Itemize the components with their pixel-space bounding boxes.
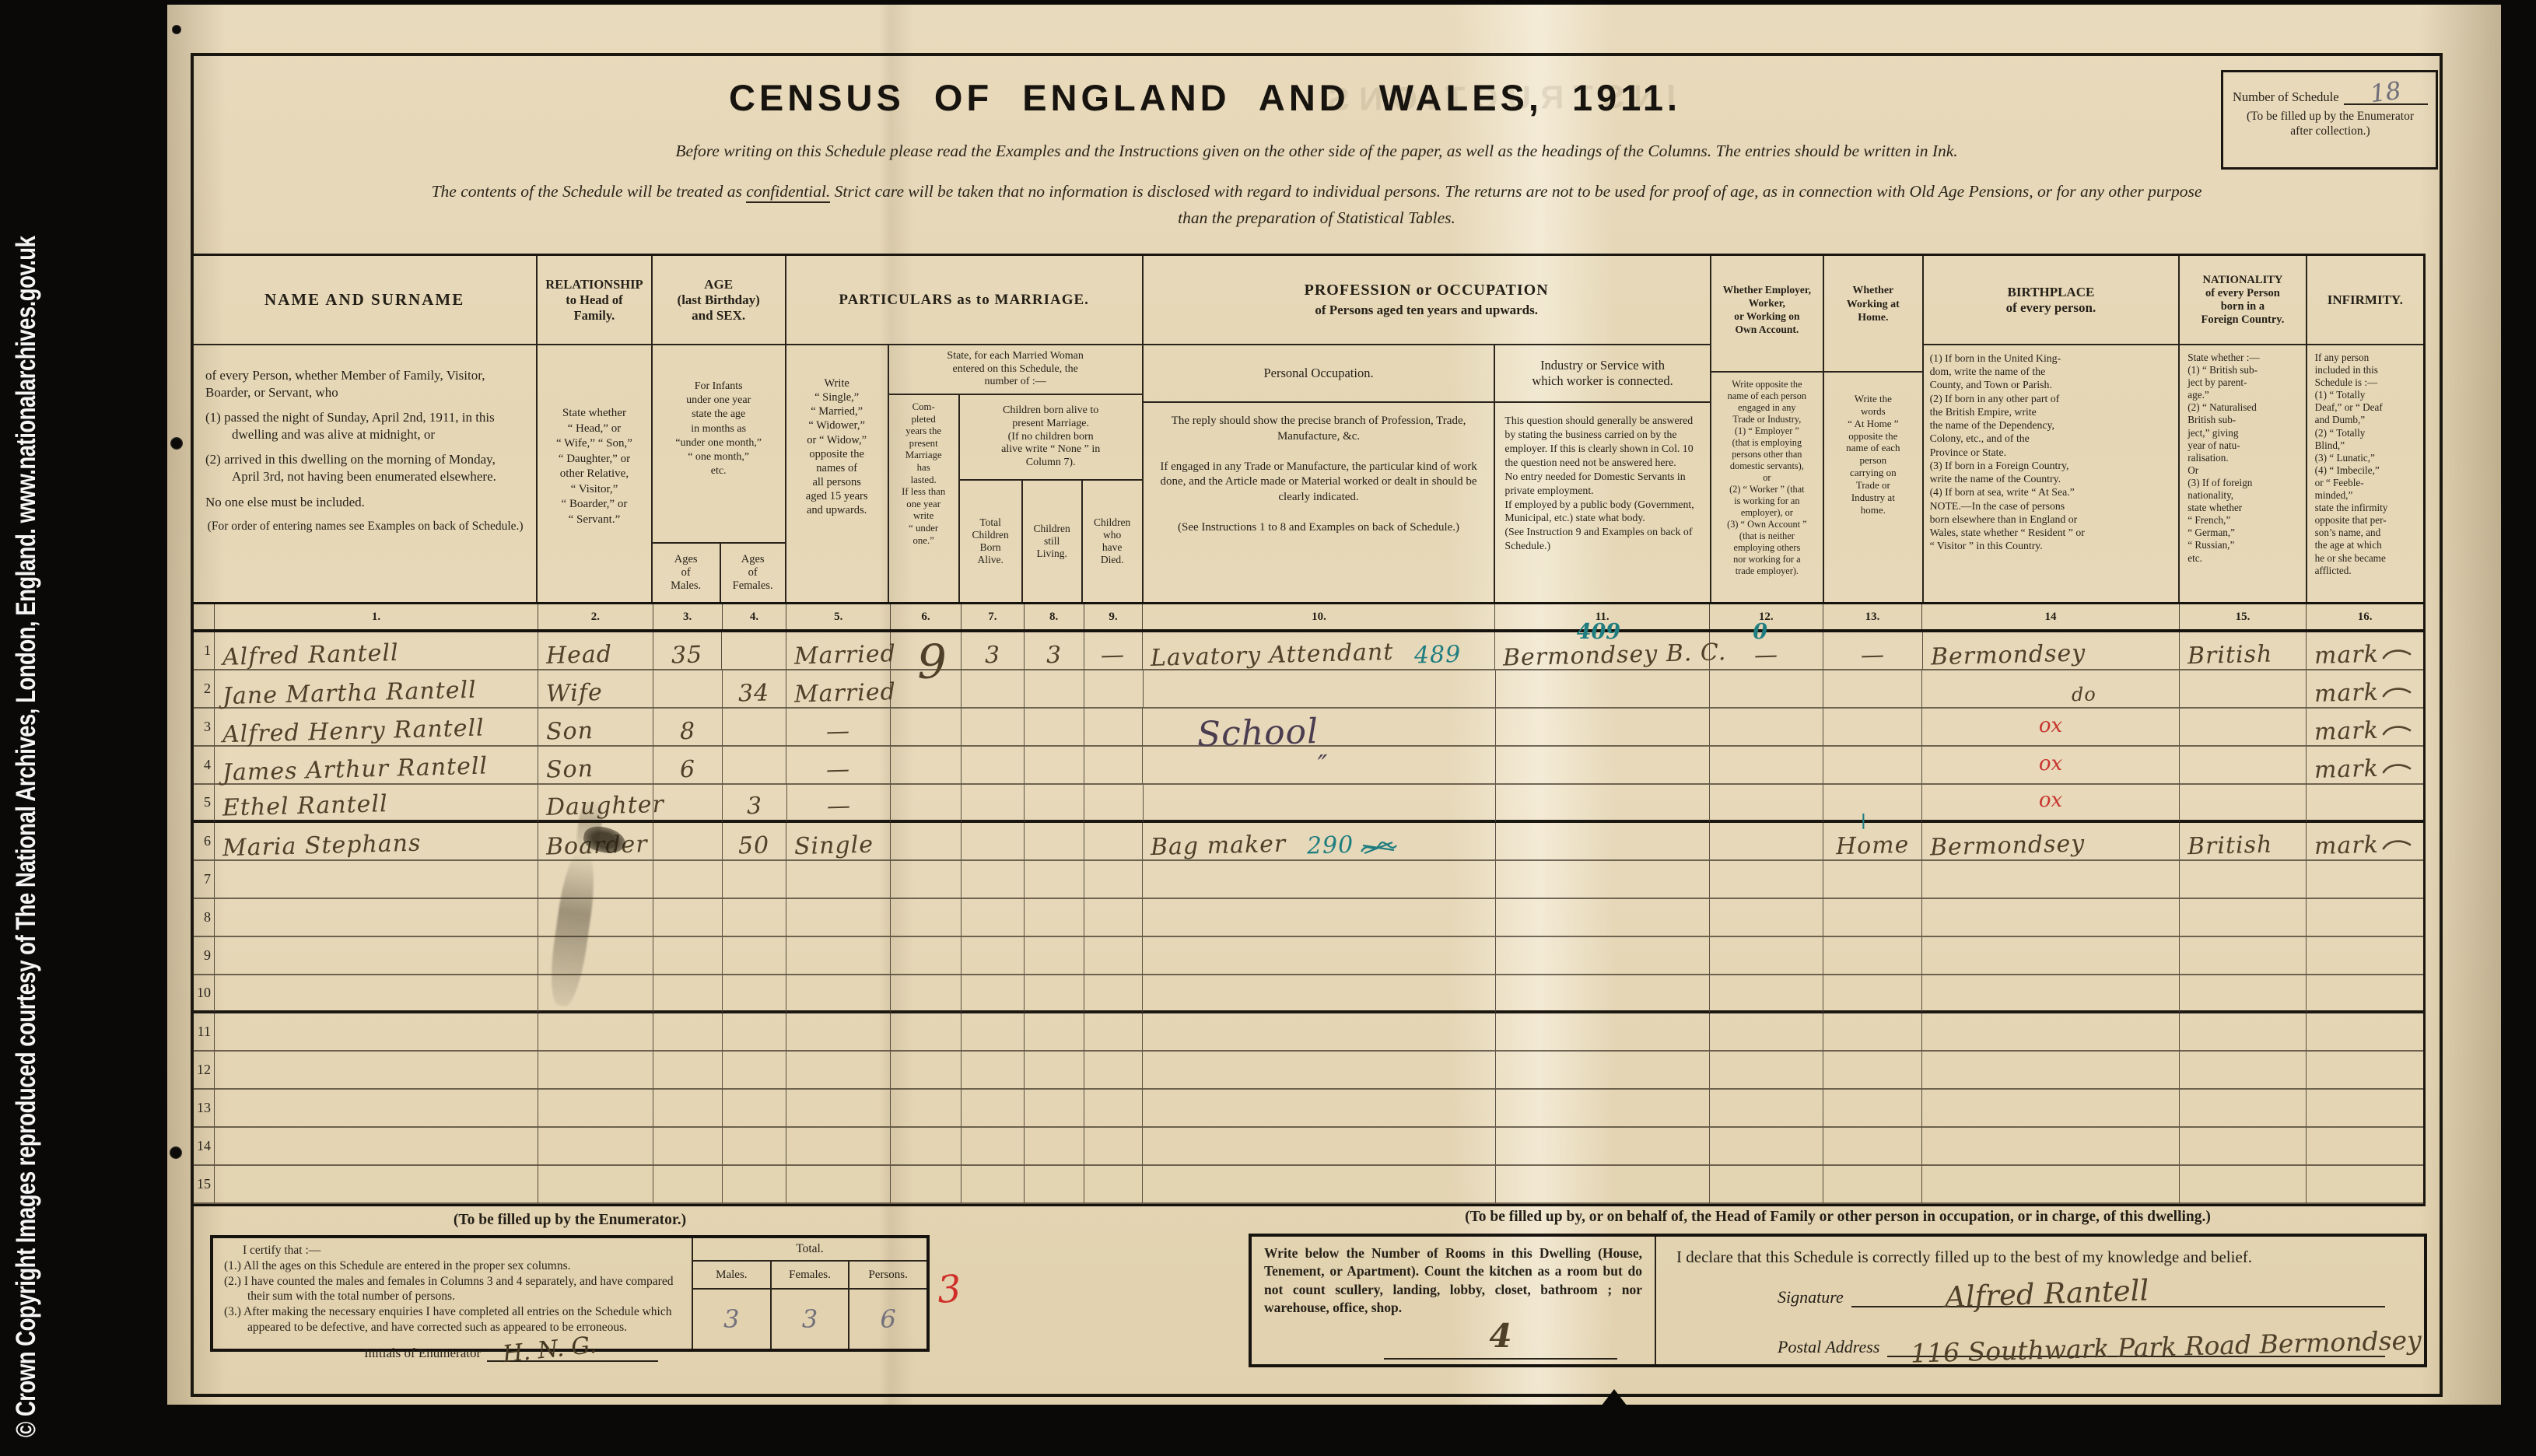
row-4-ind-cell xyxy=(1496,747,1710,785)
rooms-instruction: Write below the Number of Rooms in this … xyxy=(1252,1237,1656,1364)
row-5-occ-cell xyxy=(1144,785,1496,823)
row-1-n-cell: 1 xyxy=(193,632,215,670)
certify-item: (3.) After making the necessary enquirie… xyxy=(224,1304,684,1335)
row-11-ind-cell xyxy=(1496,1013,1710,1052)
row-4-living-cell xyxy=(1025,747,1084,785)
row-15-cond-cell xyxy=(786,1166,891,1204)
row-13-rel-cell xyxy=(538,1090,653,1128)
row-14-cond-cell xyxy=(786,1128,891,1166)
row-10-birth-cell xyxy=(1922,975,2179,1013)
column-number-5: 5. xyxy=(786,604,891,629)
row-4-years-cell xyxy=(891,747,962,785)
row-13-years-cell xyxy=(891,1090,962,1128)
table-row-9: 9 xyxy=(193,937,2423,975)
row-5-birth-cell: ox xyxy=(1922,785,2179,823)
row-15-rel-cell xyxy=(538,1166,653,1204)
row-12-name-cell xyxy=(215,1052,538,1090)
name-desc: of every Person, whether Member of Famil… xyxy=(193,345,536,602)
punch-hole xyxy=(170,437,183,450)
census-table: NAME AND SURNAME of every Person, whethe… xyxy=(191,254,2426,1206)
row-9-home-cell xyxy=(1823,937,1923,975)
row-11-emp-cell xyxy=(1710,1013,1823,1052)
row-14-years-cell xyxy=(891,1128,962,1166)
row-13-n-cell: 13 xyxy=(193,1090,215,1128)
row-12-occ-cell xyxy=(1143,1052,1495,1090)
row-6-cond-cell: Single xyxy=(786,823,891,861)
ink-hook-mark xyxy=(2381,838,2412,852)
row-4-age_m-cell: 6 xyxy=(653,747,723,785)
row-11-died-cell xyxy=(1084,1013,1144,1052)
row-4-born-cell xyxy=(962,747,1025,785)
col-infirmity-header: INFIRMITY. If any person included in thi… xyxy=(2307,256,2423,602)
red-pencil-mark: 3 xyxy=(936,1267,962,1312)
ink-hook-mark xyxy=(2381,761,2412,775)
row-7-nat-cell xyxy=(2180,861,2307,899)
row-5-cond-cell: — xyxy=(787,785,891,823)
row-11-home-cell xyxy=(1823,1013,1923,1052)
row-7-n-cell: 7 xyxy=(193,861,215,899)
row-1-cond-cell: Married xyxy=(786,632,891,670)
row-6-home-cell: Home| xyxy=(1823,823,1923,861)
row-9-age_m-cell xyxy=(653,937,723,975)
schedule-number-label: Number of Schedule xyxy=(2233,89,2339,105)
males-label: Males. xyxy=(693,1262,772,1288)
row-3-ind-cell xyxy=(1496,709,1710,747)
row-3-born-cell xyxy=(962,709,1025,747)
postal-address-rule: 116 Southwark Park Road Bermondsey xyxy=(1887,1329,2385,1357)
row-11-years-cell xyxy=(891,1013,962,1052)
col-name-header: NAME AND SURNAME of every Person, whethe… xyxy=(193,256,538,602)
table-row-5: 5Ethel RantellDaughter3—ox xyxy=(193,785,2423,823)
row-6-years-cell xyxy=(891,823,962,861)
col8-label: Children still Living. xyxy=(1023,481,1083,602)
row-11-cond-cell xyxy=(786,1013,891,1052)
row-5-born-cell xyxy=(962,785,1025,823)
col-marriage-header: PARTICULARS as to MARRIAGE. Write “ Sing… xyxy=(786,256,1144,602)
row-8-birth-cell xyxy=(1922,899,2179,937)
row-8-n-cell: 8 xyxy=(193,899,215,937)
row-2-ind-cell xyxy=(1496,670,1710,709)
instruction-line: Before writing on this Schedule please r… xyxy=(194,142,2440,161)
row-8-inf-cell xyxy=(2307,899,2423,937)
row-12-cond-cell xyxy=(786,1052,891,1090)
row-3-age_f-cell xyxy=(723,709,787,747)
confidential-line-2: than the preparation of Statistical Tabl… xyxy=(194,208,2440,228)
row-9-n-cell: 9 xyxy=(193,937,215,975)
row-1-home-cell: — xyxy=(1823,632,1923,670)
row-12-emp-cell xyxy=(1710,1052,1823,1090)
row-1-inf-cell: mark xyxy=(2307,632,2423,670)
row-2-nat-cell xyxy=(2180,670,2307,709)
row-4-died-cell xyxy=(1084,747,1144,785)
row-7-cond-cell xyxy=(786,861,891,899)
row-12-died-cell xyxy=(1084,1052,1144,1090)
row-3-n-cell: 3 xyxy=(193,709,215,747)
table-row-14: 14 xyxy=(193,1128,2423,1166)
row-1-occ-cell: Lavatory Attendant489 xyxy=(1143,632,1495,670)
row-8-name-cell xyxy=(215,899,538,937)
females-label: Females. xyxy=(772,1262,850,1288)
row-11-occ-cell xyxy=(1143,1013,1495,1052)
row-4-emp-cell xyxy=(1710,747,1823,785)
row-13-cond-cell xyxy=(786,1090,891,1128)
row-13-living-cell xyxy=(1025,1090,1084,1128)
row-7-ind-cell xyxy=(1496,861,1710,899)
table-row-12: 12 xyxy=(193,1052,2423,1090)
row-9-birth-cell xyxy=(1922,937,2179,975)
col-employer-header: Whether Employer, Worker, or Working on … xyxy=(1711,256,1824,602)
females-value: 3 xyxy=(772,1290,850,1349)
rooms-value: 4 xyxy=(1489,1317,1511,1355)
row-12-age_f-cell xyxy=(723,1052,787,1090)
table-row-2: 2Jane Martha RantellWife34Marrieddomark xyxy=(193,670,2423,709)
declaration-heading: (To be filled up by, or on behalf of, th… xyxy=(1249,1209,2427,1226)
row-15-nat-cell xyxy=(2180,1166,2307,1204)
row-2-occ-cell xyxy=(1144,670,1496,709)
table-row-4: 4James Arthur RantellSon6—″oxmark xyxy=(193,747,2423,785)
persons-label: Persons. xyxy=(849,1262,926,1288)
row-12-ind-cell xyxy=(1496,1052,1710,1090)
column-number-15: 15. xyxy=(2180,604,2307,629)
row-3-occ-cell: School xyxy=(1143,709,1495,747)
col-athome-header: Whether Working at Home. Write the words… xyxy=(1824,256,1924,602)
column-number-strip: 1.2.3.4.5.6.7.8.9.10.11.12.13.1415.16. xyxy=(191,602,2426,632)
row-15-years-cell xyxy=(891,1166,962,1204)
row-12-inf-cell xyxy=(2307,1052,2423,1090)
row-15-birth-cell xyxy=(1922,1166,2179,1204)
table-row-13: 13 xyxy=(193,1090,2423,1128)
row-1-nat-cell: British xyxy=(2180,632,2307,670)
row-3-living-cell xyxy=(1025,709,1084,747)
row-12-years-cell xyxy=(891,1052,962,1090)
row-13-died-cell xyxy=(1084,1090,1144,1128)
row-4-cond-cell: — xyxy=(786,747,891,785)
row-13-age_m-cell xyxy=(653,1090,723,1128)
row-15-inf-cell xyxy=(2307,1166,2423,1204)
table-rows: 1Alfred RantellHead35Married933—Lavatory… xyxy=(191,632,2426,1206)
ink-hook-mark xyxy=(2381,723,2412,737)
row-2-name-cell: Jane Martha Rantell xyxy=(215,670,538,709)
punch-hole xyxy=(172,25,181,34)
row-7-died-cell xyxy=(1084,861,1144,899)
row-11-age_f-cell xyxy=(723,1013,787,1052)
row-1-living-cell: 3 xyxy=(1025,632,1084,670)
table-row-8: 8 xyxy=(193,899,2423,937)
row-7-occ-cell xyxy=(1143,861,1495,899)
column-number-14: 14 xyxy=(1922,604,2179,629)
row-4-rel-cell: Son xyxy=(538,747,653,785)
table-row-11: 11 xyxy=(193,1013,2423,1052)
row-3-rel-cell: Son xyxy=(538,709,653,747)
row-10-name-cell xyxy=(215,975,538,1013)
row-1-years-cell: 9 xyxy=(891,632,962,670)
total-label: Total. xyxy=(693,1238,926,1262)
row-14-born-cell xyxy=(962,1128,1025,1166)
row-14-age_f-cell xyxy=(723,1128,787,1166)
certify-item: (2.) I have counted the males and female… xyxy=(224,1274,684,1305)
row-6-n-cell: 6 xyxy=(193,823,215,861)
row-15-died-cell xyxy=(1084,1166,1144,1204)
row-8-home-cell xyxy=(1823,899,1923,937)
declaration-text: I declare that this Schedule is correctl… xyxy=(1676,1248,2416,1267)
row-15-emp-cell xyxy=(1710,1166,1823,1204)
row-1-age_m-cell: 35 xyxy=(653,632,723,670)
column-number-10: 10. xyxy=(1143,604,1495,629)
row-8-age_m-cell xyxy=(653,899,723,937)
persons-value: 6 xyxy=(849,1290,926,1349)
row-1-birth-cell: Bermondsey xyxy=(1923,632,2180,670)
row-1-emp-cell: —0 xyxy=(1710,632,1823,670)
row-7-rel-cell xyxy=(538,861,653,899)
row-3-age_m-cell: 8 xyxy=(653,709,723,747)
column-number-16: 16. xyxy=(2307,604,2423,629)
column-number-1: 1. xyxy=(215,604,538,629)
underlined-word: confidential. xyxy=(746,182,830,203)
married-woman-note: State, for each Married Woman entered on… xyxy=(889,345,1142,395)
ages-males-label: Ages of Males. xyxy=(653,544,721,602)
row-6-birth-cell: Bermondsey xyxy=(1922,823,2179,861)
row-10-n-cell: 10 xyxy=(193,975,215,1013)
row-14-ind-cell xyxy=(1496,1128,1710,1166)
row-6-rel-cell: Boarder xyxy=(538,823,653,861)
row-3-died-cell xyxy=(1084,709,1144,747)
row-7-name-cell xyxy=(215,861,538,899)
col9-label: Children who have Died. xyxy=(1083,481,1142,602)
row-4-name-cell: James Arthur Rantell xyxy=(215,747,538,785)
row-12-nat-cell xyxy=(2180,1052,2307,1090)
row-7-born-cell xyxy=(962,861,1025,899)
signature-value: Alfred Rantell xyxy=(1944,1273,2149,1314)
row-5-n-cell: 5 xyxy=(193,785,215,823)
row-1-age_f-cell xyxy=(722,632,786,670)
enumerator-box: I certify that :— (1.) All the ages on t… xyxy=(210,1235,930,1352)
row-15-occ-cell xyxy=(1143,1166,1495,1204)
row-7-years-cell xyxy=(891,861,962,899)
row-1-born-cell: 3 xyxy=(962,632,1025,670)
schedule-box-note: (To be filled up by the Enumerator after… xyxy=(2233,110,2428,138)
row-3-birth-cell: ox xyxy=(1922,709,2179,747)
row-9-cond-cell xyxy=(786,937,891,975)
row-8-years-cell xyxy=(891,899,962,937)
row-10-occ-cell xyxy=(1143,975,1495,1013)
row-2-died-cell xyxy=(1084,670,1144,709)
row-5-years-cell xyxy=(891,785,962,823)
col-age-header: AGE (last Birthday) and SEX. For Infants… xyxy=(653,256,786,602)
schedule-number-value: 18 xyxy=(2369,77,2403,109)
row-11-birth-cell xyxy=(1922,1013,2179,1052)
row-3-cond-cell: — xyxy=(786,709,891,747)
row-13-ind-cell xyxy=(1496,1090,1710,1128)
column-number-4: 4. xyxy=(723,604,787,629)
row-9-age_f-cell xyxy=(723,937,787,975)
row-13-birth-cell xyxy=(1922,1090,2179,1128)
row-12-home-cell xyxy=(1823,1052,1923,1090)
col7-label: Total Children Born Alive. xyxy=(960,481,1023,602)
column-number-3: 3. xyxy=(653,604,723,629)
row-5-emp-cell xyxy=(1710,785,1823,823)
row-2-emp-cell xyxy=(1710,670,1823,709)
certify-intro: I certify that :— xyxy=(224,1243,684,1258)
ink-hook-mark xyxy=(2381,685,2412,699)
row-11-n-cell: 11 xyxy=(193,1013,215,1052)
row-9-ind-cell xyxy=(1496,937,1710,975)
col-birthplace-header: BIRTHPLACE of every person. (1) If born … xyxy=(1924,256,2180,602)
table-row-6: 6Maria StephansBoarder50SingleBag maker2… xyxy=(193,823,2423,861)
row-2-living-cell xyxy=(1025,670,1084,709)
row-4-age_f-cell xyxy=(723,747,787,785)
row-6-name-cell: Maria Stephans xyxy=(215,823,538,861)
row-7-home-cell xyxy=(1823,861,1923,899)
row-11-inf-cell xyxy=(2307,1013,2423,1052)
column-number-7: 7. xyxy=(962,604,1025,629)
row-2-n-cell: 2 xyxy=(193,670,215,709)
row-13-nat-cell xyxy=(2180,1090,2307,1128)
row-13-emp-cell xyxy=(1710,1090,1823,1128)
row-3-name-cell: Alfred Henry Rantell xyxy=(215,709,538,747)
row-4-birth-cell: ox xyxy=(1922,747,2179,785)
row-15-living-cell xyxy=(1025,1166,1084,1204)
row-8-occ-cell xyxy=(1143,899,1495,937)
row-2-inf-cell: mark xyxy=(2307,670,2423,709)
row-10-home-cell xyxy=(1823,975,1923,1013)
age-infants-note: For Infants under one year state the age… xyxy=(653,345,785,542)
row-9-born-cell xyxy=(962,937,1025,975)
postal-address-value: 116 Southwark Park Road Bermondsey xyxy=(1911,1325,2422,1368)
row-2-age_f-cell: 34 xyxy=(723,670,787,709)
row-14-nat-cell xyxy=(2180,1128,2307,1166)
table-row-3: 3Alfred Henry RantellSon8—Schooloxmark xyxy=(193,709,2423,747)
row-9-nat-cell xyxy=(2180,937,2307,975)
row-11-born-cell xyxy=(962,1013,1025,1052)
row-2-rel-cell: Wife xyxy=(538,670,653,709)
row-13-born-cell xyxy=(962,1090,1025,1128)
row-2-cond-cell: Married xyxy=(786,670,891,709)
children-note: Children born alive to present Marriage.… xyxy=(960,395,1142,481)
punch-hole xyxy=(170,1146,182,1159)
row-7-age_f-cell xyxy=(723,861,787,899)
row-15-home-cell xyxy=(1823,1166,1923,1204)
row-12-birth-cell xyxy=(1922,1052,2179,1090)
row-13-home-cell xyxy=(1823,1090,1923,1128)
row-14-rel-cell xyxy=(538,1128,653,1166)
row-15-age_m-cell xyxy=(653,1166,723,1204)
row-9-years-cell xyxy=(891,937,962,975)
row-10-ind-cell xyxy=(1496,975,1710,1013)
row-6-nat-cell: British xyxy=(2180,823,2307,861)
row-7-age_m-cell xyxy=(653,861,723,899)
row-10-age_f-cell xyxy=(723,975,787,1013)
row-14-name-cell xyxy=(215,1128,538,1166)
signature-label: Signature xyxy=(1778,1287,1844,1307)
column-number-13: 13. xyxy=(1823,604,1923,629)
declaration-box: Write below the Number of Rooms in this … xyxy=(1249,1234,2427,1367)
row-6-inf-cell: mark xyxy=(2307,823,2423,861)
row-3-years-cell xyxy=(891,709,962,747)
row-10-nat-cell xyxy=(2180,975,2307,1013)
row-8-living-cell xyxy=(1025,899,1084,937)
row-8-died-cell xyxy=(1084,899,1144,937)
row-14-occ-cell xyxy=(1143,1128,1495,1166)
row-13-inf-cell xyxy=(2307,1090,2423,1128)
row-6-age_f-cell: 50 xyxy=(723,823,787,861)
schedule-number-box: Number of Schedule 18 (To be filled up b… xyxy=(2221,70,2438,170)
row-12-age_m-cell xyxy=(653,1052,723,1090)
row-11-name-cell xyxy=(215,1013,538,1052)
table-row-15: 15 xyxy=(193,1166,2423,1204)
row-14-inf-cell xyxy=(2307,1128,2423,1166)
table-row-10: 10 xyxy=(193,975,2423,1013)
row-10-emp-cell xyxy=(1710,975,1823,1013)
row-1-died-cell: — xyxy=(1084,632,1144,670)
column-number-2: 2. xyxy=(538,604,653,629)
confidential-line: The contents of the Schedule will be tre… xyxy=(194,182,2440,201)
row-5-name-cell: Ethel Rantell xyxy=(215,785,538,823)
row-5-died-cell xyxy=(1084,785,1144,823)
rooms-value-rule: 4 xyxy=(1384,1314,1617,1360)
row-14-n-cell: 14 xyxy=(193,1128,215,1166)
row-9-living-cell xyxy=(1025,937,1084,975)
col-nationality-header: NATIONALITY of every Person born in a Fo… xyxy=(2180,256,2307,602)
row-13-name-cell xyxy=(215,1090,538,1128)
initials-label: Initials of Enumerator xyxy=(364,1345,481,1362)
column-number-6: 6. xyxy=(891,604,962,629)
table-row-7: 7 xyxy=(193,861,2423,899)
row-6-living-cell xyxy=(1025,823,1084,861)
row-10-years-cell xyxy=(891,975,962,1013)
row-8-emp-cell xyxy=(1710,899,1823,937)
postal-address-label: Postal Address xyxy=(1778,1337,1879,1357)
row-4-inf-cell: mark xyxy=(2307,747,2423,785)
row-10-age_m-cell xyxy=(653,975,723,1013)
row-10-died-cell xyxy=(1084,975,1144,1013)
table-header: NAME AND SURNAME of every Person, whethe… xyxy=(191,254,2426,602)
signature-rule: Alfred Rantell xyxy=(1851,1279,2385,1307)
row-6-born-cell xyxy=(962,823,1025,861)
row-3-nat-cell xyxy=(2180,709,2307,747)
column-number-8: 8. xyxy=(1025,604,1084,629)
row-9-inf-cell xyxy=(2307,937,2423,975)
row-12-born-cell xyxy=(962,1052,1025,1090)
males-value: 3 xyxy=(693,1290,772,1349)
copyright-sidebar-text: © Crown Copyright Images reproduced cour… xyxy=(11,236,42,1437)
enumerator-heading: (To be filled up by the Enumerator.) xyxy=(210,1212,930,1229)
row-3-inf-cell: mark xyxy=(2307,709,2423,747)
col-profession-header: PROFESSION or OCCUPATION of Persons aged… xyxy=(1144,256,1711,602)
row-11-rel-cell xyxy=(538,1013,653,1052)
row-9-emp-cell xyxy=(1710,937,1823,975)
row-7-inf-cell xyxy=(2307,861,2423,899)
row-6-occ-cell: Bag maker290 xyxy=(1143,823,1495,861)
row-3-home-cell xyxy=(1823,709,1923,747)
column-number-9: 9. xyxy=(1084,604,1144,629)
row-14-birth-cell xyxy=(1922,1128,2179,1166)
row-7-birth-cell xyxy=(1922,861,2179,899)
row-9-died-cell xyxy=(1084,937,1144,975)
row-5-age_f-cell: 3 xyxy=(723,785,787,823)
row-8-cond-cell xyxy=(786,899,891,937)
row-8-nat-cell xyxy=(2180,899,2307,937)
row-15-age_f-cell xyxy=(723,1166,787,1204)
row-9-name-cell xyxy=(215,937,538,975)
teal-scribble xyxy=(1358,838,1399,858)
row-14-age_m-cell xyxy=(653,1128,723,1166)
row-1-rel-cell: Head xyxy=(538,632,653,670)
row-5-ind-cell xyxy=(1496,785,1710,823)
row-15-ind-cell xyxy=(1496,1166,1710,1204)
row-7-emp-cell xyxy=(1710,861,1823,899)
row-13-age_f-cell xyxy=(723,1090,787,1128)
page-title: CENSUS OF ENGLAND AND WALES, 1911. xyxy=(194,76,2216,119)
